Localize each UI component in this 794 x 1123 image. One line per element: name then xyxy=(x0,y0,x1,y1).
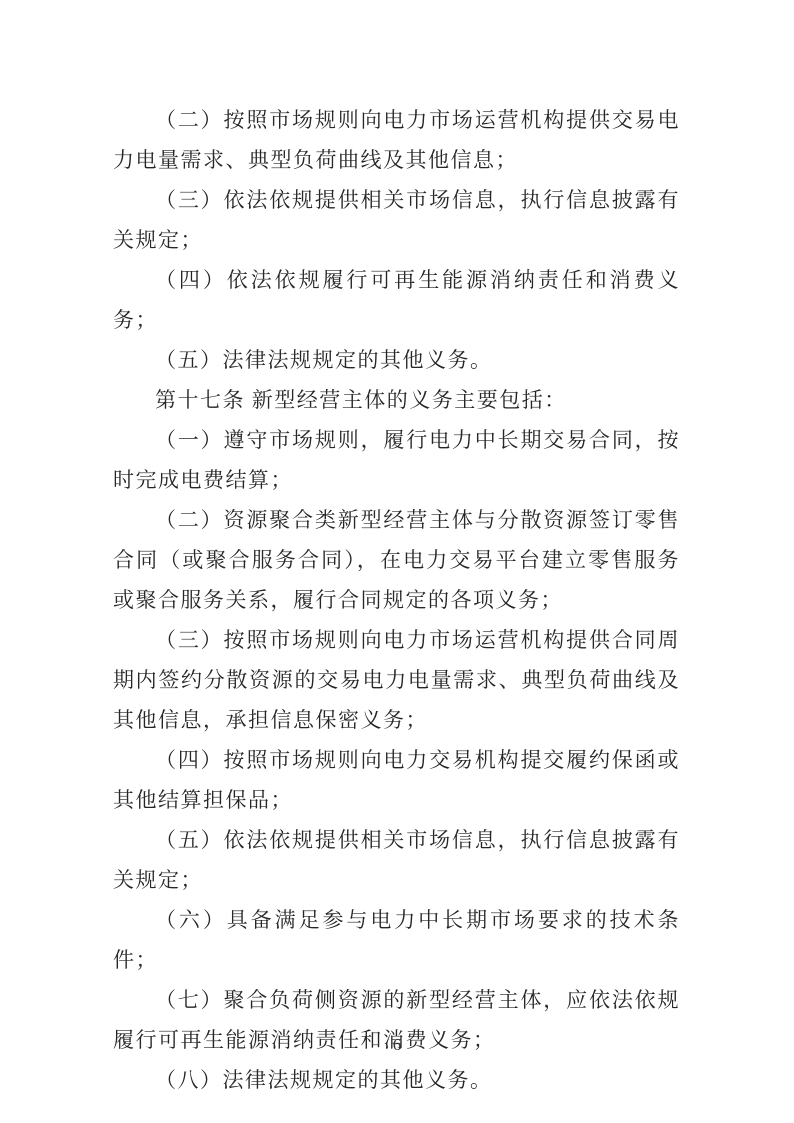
document-paragraph: （二）按照市场规则向电力市场运营机构提供交易电力电量需求、典型负荷曲线及其他信息… xyxy=(113,100,680,180)
document-paragraph: （四）依法依规履行可再生能源消纳责任和消费义务； xyxy=(113,260,680,340)
document-paragraph: （八）法律法规规定的其他义务。 xyxy=(113,1060,680,1100)
document-page: （二）按照市场规则向电力市场运营机构提供交易电力电量需求、典型负荷曲线及其他信息… xyxy=(0,0,794,1123)
document-paragraph: （五）法律法规规定的其他义务。 xyxy=(113,340,680,380)
document-paragraph: （六）具备满足参与电力中长期市场要求的技术条件； xyxy=(113,900,680,980)
document-paragraph: （三）依法依规提供相关市场信息，执行信息披露有关规定； xyxy=(113,180,680,260)
document-paragraph: （三）按照市场规则向电力市场运营机构提供合同周期内签约分散资源的交易电力电量需求… xyxy=(113,620,680,740)
document-paragraph: （一）遵守市场规则，履行电力中长期交易合同，按时完成电费结算； xyxy=(113,420,680,500)
document-paragraph: （四）按照市场规则向电力交易机构提交履约保函或其他结算担保品； xyxy=(113,740,680,820)
document-paragraph: （二）资源聚合类新型经营主体与分散资源签订零售合同（或聚合服务合同），在电力交易… xyxy=(113,500,680,620)
document-body: （二）按照市场规则向电力市场运营机构提供交易电力电量需求、典型负荷曲线及其他信息… xyxy=(113,100,680,1100)
document-paragraph: 第十七条 新型经营主体的义务主要包括： xyxy=(113,380,680,420)
page-number: 6 xyxy=(0,1033,794,1057)
document-paragraph: （五）依法依规提供相关市场信息，执行信息披露有关规定； xyxy=(113,820,680,900)
